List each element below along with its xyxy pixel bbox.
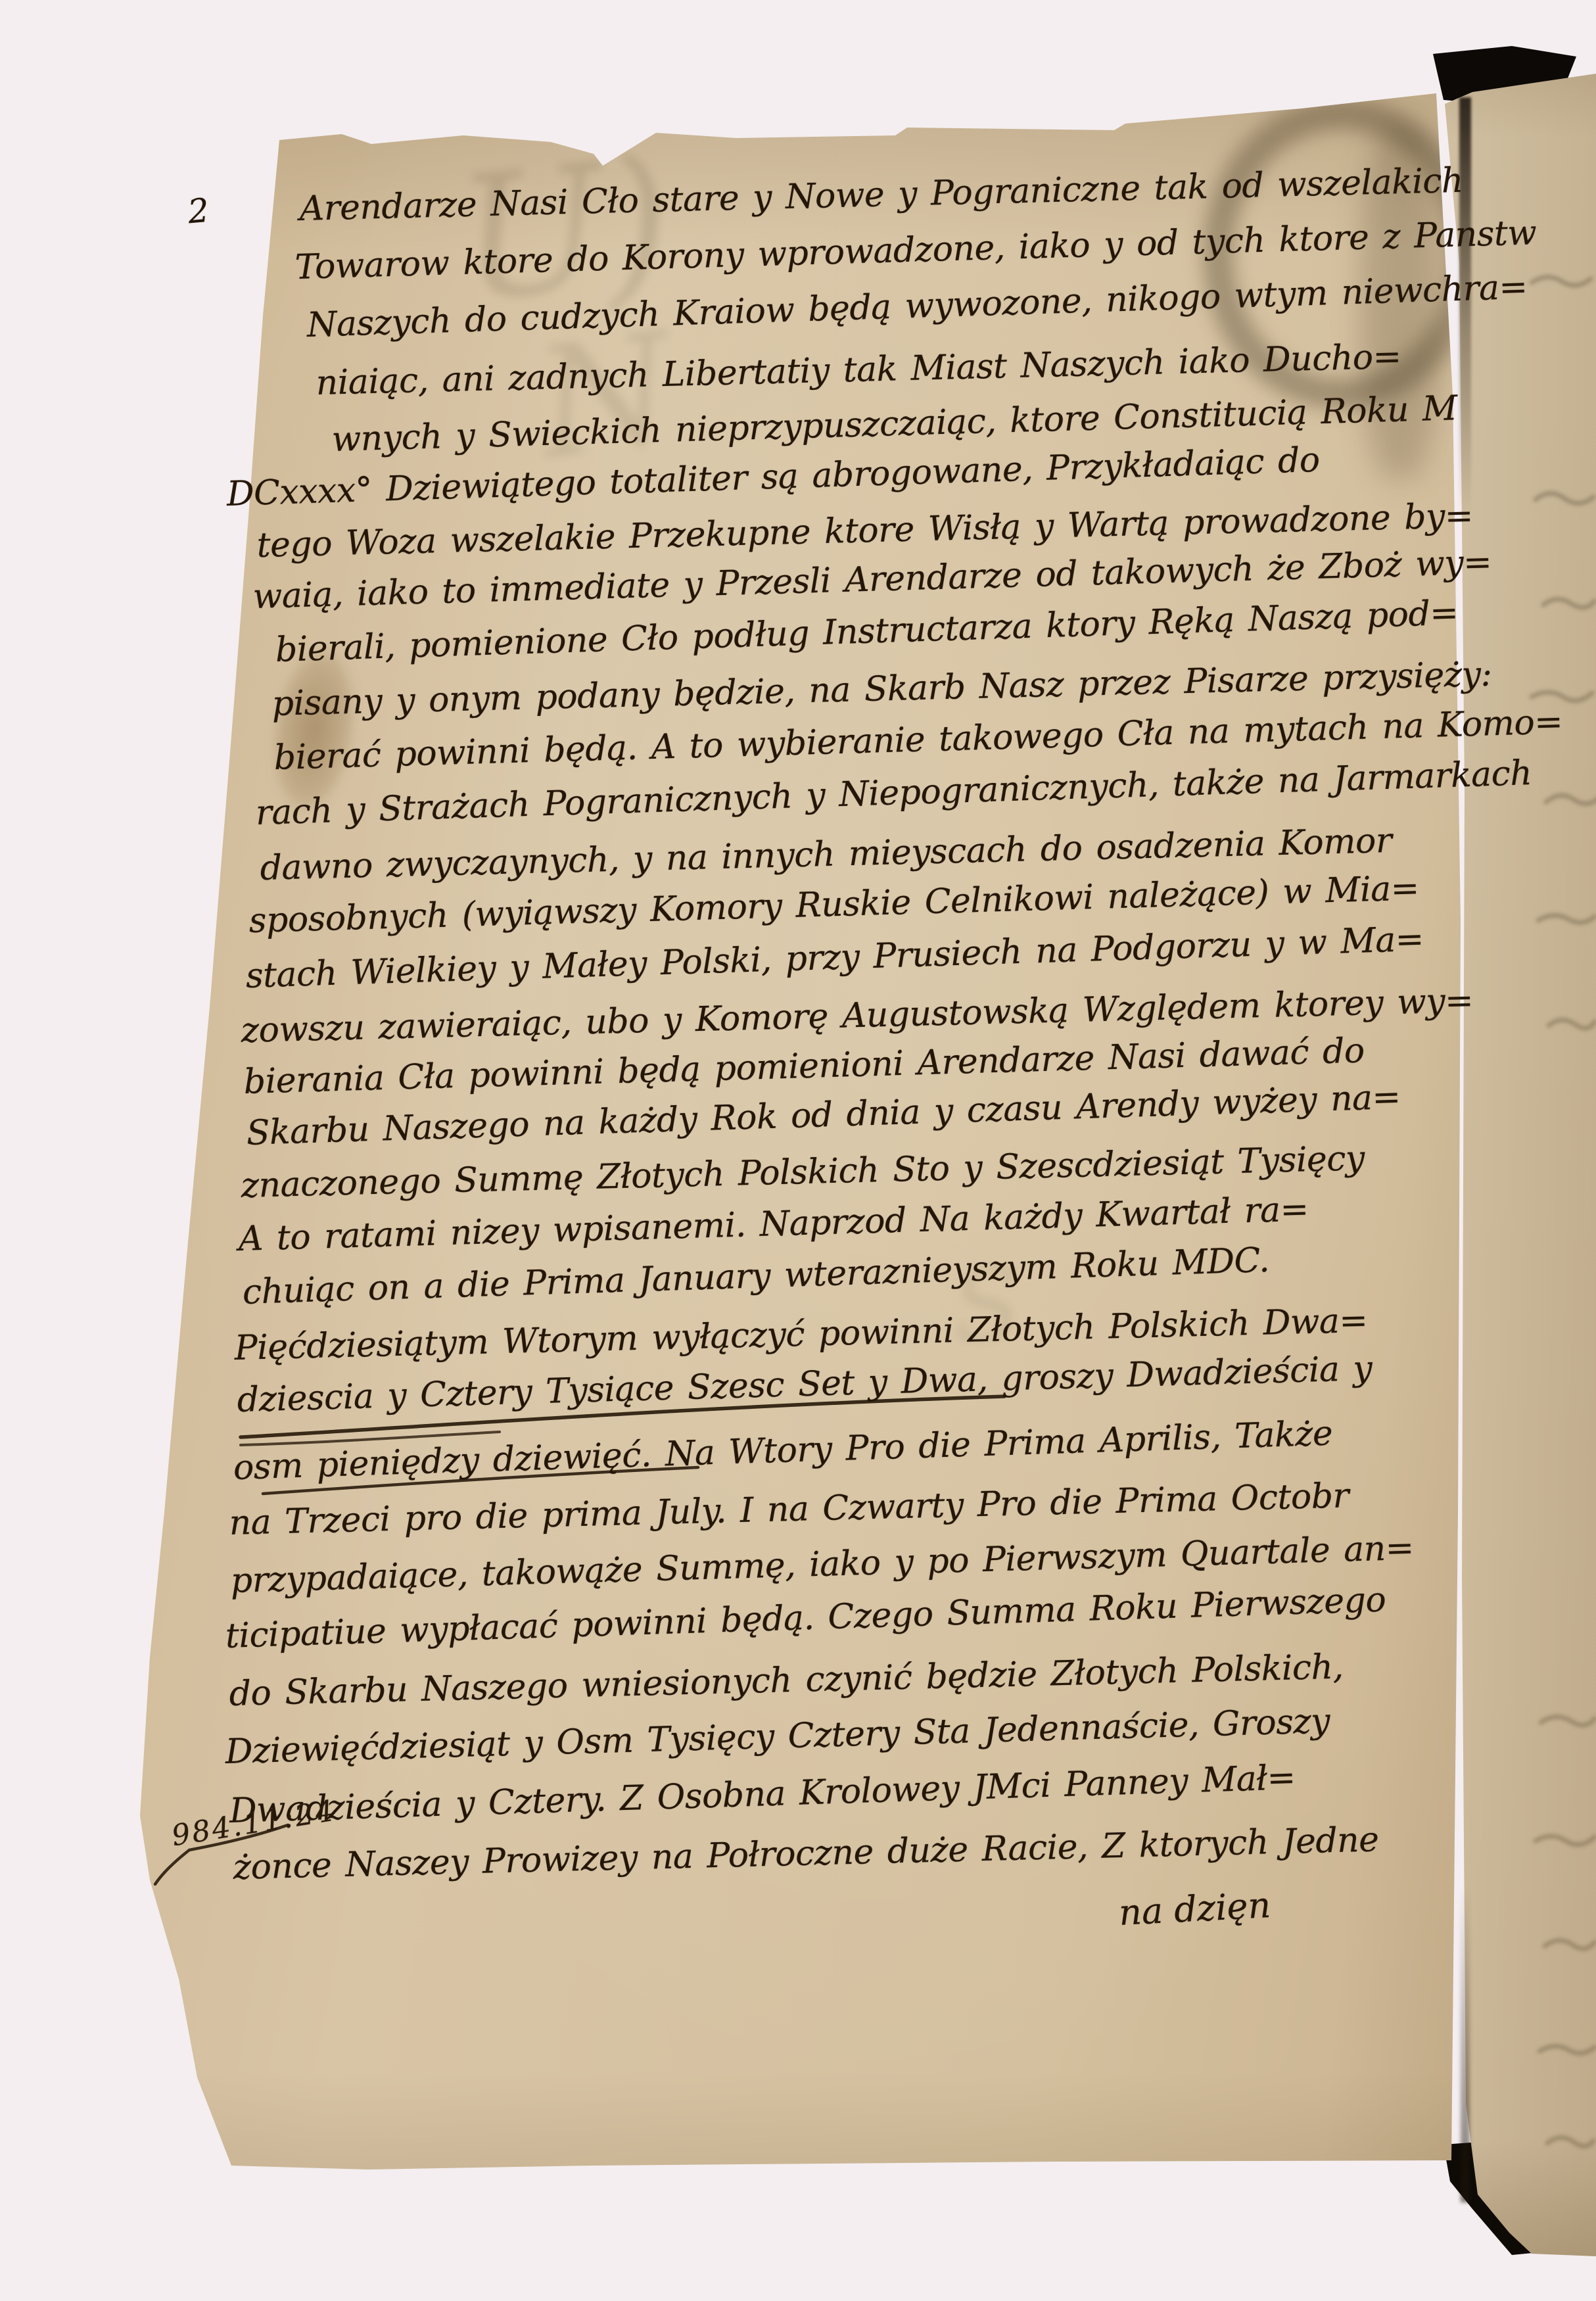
manuscript-line: Dwadzieścia y Cztery. Z Osobna Krolowey … [229,1758,1296,1831]
manuscript-line: Arendarze Nasi Cło stare y Nowe y Pogran… [299,161,1464,229]
manuscript-line: niaiąc, ani zadnych Libertatiy tak Miast… [316,337,1401,403]
catchword: na dzięn [1118,1884,1272,1933]
manuscript-line: żonce Naszey Prowizey na Połroczne duże … [233,1820,1379,1887]
manuscript-line: osm pieniędzy dziewięć. Na Wtory Pro die… [233,1413,1333,1488]
text-layer: Arendarze Nasi Cło stare y Nowe y Pogran… [0,0,1596,2301]
manuscript-line: Dziewięćdziesiąt y Osm Tysięcy Cztery St… [225,1701,1330,1772]
manuscript-line: do Skarbu Naszego wniesionych czynić będ… [229,1648,1344,1714]
scanned-book-photo: U) N S 2 Arendarze Nasi Cło stare y Nowe… [0,0,1596,2301]
manuscript-line: na Trzeci pro die prima July. I na Czwar… [229,1476,1350,1543]
